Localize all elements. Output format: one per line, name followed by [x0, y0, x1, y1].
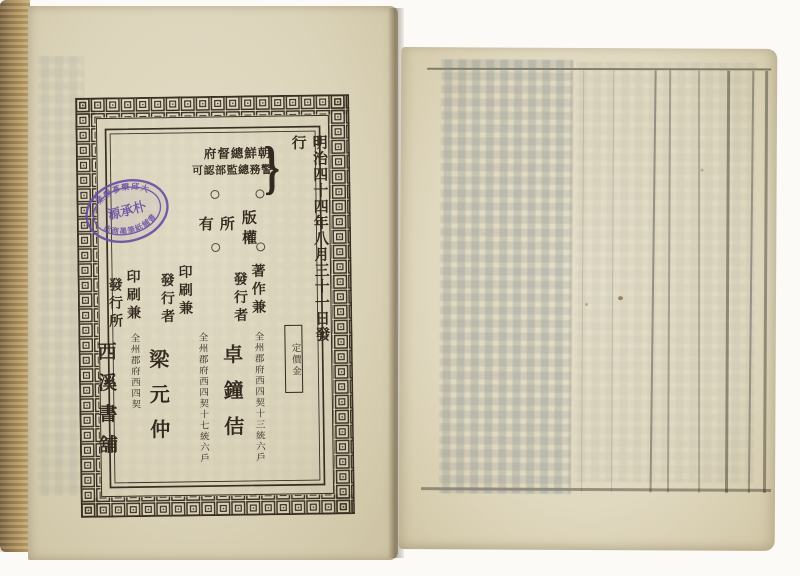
bleed-column-rule — [667, 70, 671, 492]
bleed-column-rule — [725, 71, 730, 493]
book-photo: 明治四十四年八月三十一日發行 } 府督總鮮朝 可認部監總務警 版權 所有 定價金… — [0, 0, 800, 576]
foxing-spot — [585, 303, 588, 306]
colophon-border-frame: 明治四十四年八月三十一日發行 } 府督總鮮朝 可認部監總務警 版權 所有 定價金… — [75, 94, 355, 518]
copyright-col-left: 所有 — [195, 216, 238, 255]
bleed-column-rule — [763, 71, 768, 493]
copyright-col-right: 版權 — [238, 209, 260, 249]
entry1-address: 全州郡府西四契十三統六戶 — [251, 331, 266, 473]
bleed-column-rule — [611, 70, 614, 492]
ornament-flourish — [255, 189, 264, 198]
entry2-role-left: 發行者 — [159, 273, 177, 337]
ornament-flourish — [210, 190, 219, 199]
entry3-role-right: 印刷兼 — [124, 269, 142, 333]
entry3-name: 西溪書舖 — [94, 341, 120, 493]
publication-date: 明治四十四年八月三十一日發行 — [288, 134, 333, 345]
bleed-column-rule — [650, 70, 657, 492]
entry2-role-right: 印刷兼 — [176, 264, 194, 328]
bleed-through-text-block — [439, 59, 573, 494]
facing-page — [399, 47, 778, 551]
entry3-address: 全州郡府西四契 — [127, 333, 141, 433]
foxing-spot — [618, 296, 623, 300]
foxing-spot — [701, 169, 704, 172]
bleed-column-rule — [581, 70, 584, 492]
entry1-name: 卓鐘佶 — [222, 344, 248, 478]
bleed-column-rule — [698, 71, 700, 493]
entry1-role-right: 著作兼 — [249, 263, 267, 327]
bleed-frame-bottom-rule — [421, 487, 771, 491]
approval-authority-line2: 可認部監總務警 — [192, 161, 273, 178]
price-box: 定價金 — [284, 325, 303, 393]
approval-authority-line1: 府督總鮮朝 — [204, 143, 272, 162]
entry2-address: 全州郡府西四契十七統六戶 — [195, 332, 210, 474]
entry1-role-left: 發行者 — [232, 272, 250, 336]
bleed-frame-top-rule — [427, 68, 771, 71]
copyright-ornament: 版權 所有 — [208, 187, 267, 254]
entry3-role-left: 發行所 — [107, 277, 125, 341]
entry2-name: 梁元仲 — [148, 349, 174, 477]
colophon-page: 明治四十四年八月三十一日發行 } 府督總鮮朝 可認部監總務警 版權 所有 定價金… — [28, 6, 398, 560]
bleed-column-rule — [748, 71, 754, 493]
book-edge — [0, 0, 30, 552]
